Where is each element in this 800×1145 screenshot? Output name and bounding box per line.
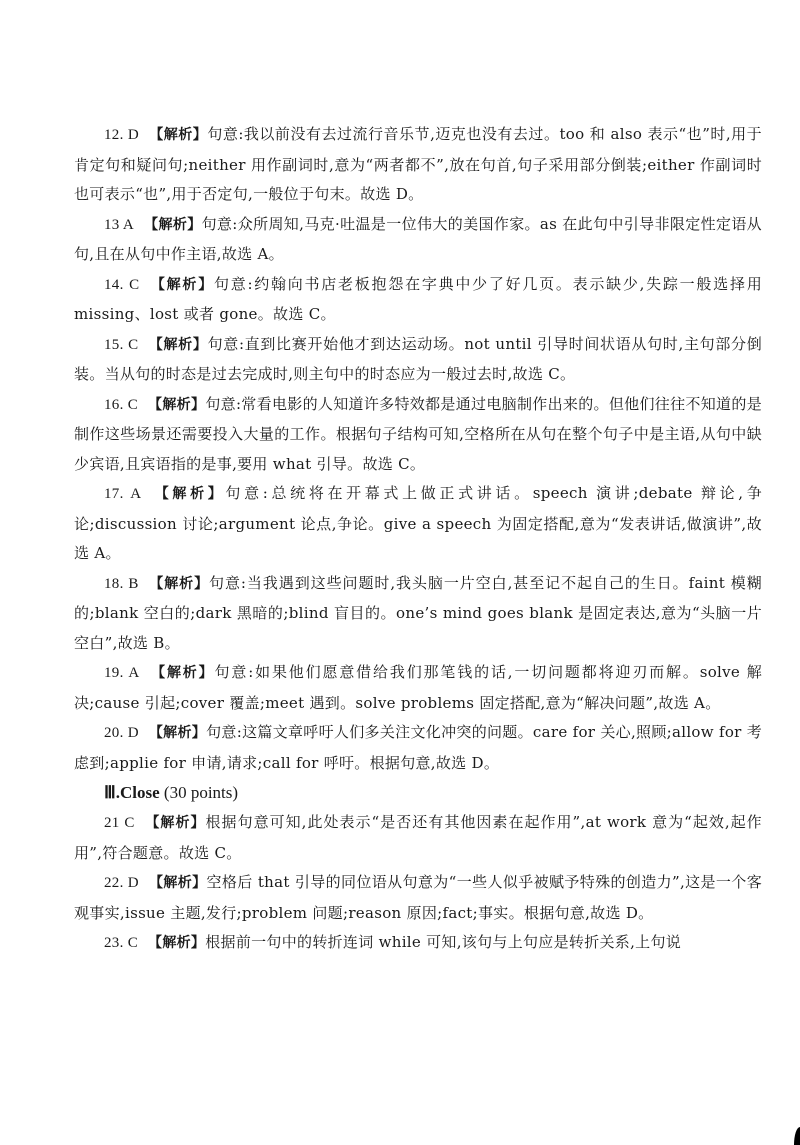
entry-22: 22. D【解析】空格后 that 引导的同位语从句意为“一些人似乎被赋予特殊的… [74,868,762,928]
question-number: 17. A [104,486,141,502]
question-number: 20. D [104,725,139,741]
analysis-tag: 【解析】 [149,725,206,741]
entry-19: 19. A【解析】句意:如果他们愿意借给我们那笔钱的话,一切问题都将迎刃而解。s… [74,658,762,718]
question-number: 21 C [104,815,135,831]
question-number: 16. C [104,397,138,413]
section-points: (30 points) [164,783,238,802]
explanation-text: 根据前一句中的转折连词 while 可知,该句与上句应是转折关系,上句说 [205,933,681,951]
scan-corner-shadow [794,1127,800,1145]
section-heading-close: Ⅲ.Close (30 points) [74,778,762,808]
section-numeral: Ⅲ. [104,783,120,802]
analysis-tag: 【解析】 [148,337,207,353]
analysis-tag: 【解析】 [149,875,207,891]
entry-16: 16. C【解析】句意:常看电影的人知道许多特效都是通过电脑制作出来的。但他们往… [74,390,762,480]
analysis-tag: 【解析】 [149,277,213,293]
question-number: 15. C [104,337,138,353]
analysis-tag: 【解析】 [150,665,215,681]
entry-21: 21 C【解析】根据句意可知,此处表示“是否还有其他因素在起作用”,at wor… [74,808,762,868]
analysis-tag: 【解析】 [149,576,209,592]
question-number: 23. C [104,935,138,951]
question-number: 19. A [104,665,140,681]
section-title: Close [120,783,160,802]
analysis-tag: 【解析】 [151,486,225,502]
entry-23: 23. C【解析】根据前一句中的转折连词 while 可知,该句与上句应是转折关… [74,928,762,959]
entry-18: 18. B【解析】句意:当我遇到这些问题时,我头脑一片空白,甚至记不起自己的生日… [74,569,762,659]
question-number: 18. B [104,576,139,592]
entry-17: 17. A【解析】句意:总统将在开幕式上做正式讲话。speech 演讲;deba… [74,479,762,569]
entry-12: 12. D【解析】句意:我以前没有去过流行音乐节,迈克也没有去过。too 和 a… [74,120,762,210]
analysis-tag: 【解析】 [144,217,202,233]
question-number: 12. D [104,127,139,143]
answer-explanations-page: 12. D【解析】句意:我以前没有去过流行音乐节,迈克也没有去过。too 和 a… [74,120,762,959]
analysis-tag: 【解析】 [148,397,205,413]
analysis-tag: 【解析】 [145,815,206,831]
entry-14: 14. C【解析】句意:约翰向书店老板抱怨在字典中少了好几页。表示缺少,失踪一般… [74,270,762,330]
entry-15: 15. C【解析】句意:直到比赛开始他才到达运动场。not until 引导时间… [74,330,762,390]
entry-13: 13 A【解析】句意:众所周知,马克·吐温是一位伟大的美国作家。as 在此句中引… [74,210,762,270]
analysis-tag: 【解析】 [148,935,205,951]
question-number: 22. D [104,875,139,891]
analysis-tag: 【解析】 [149,127,207,143]
entry-20: 20. D【解析】句意:这篇文章呼吁人们多关注文化冲突的问题。care for … [74,718,762,778]
question-number: 14. C [104,277,139,293]
question-number: 13 A [104,217,134,233]
